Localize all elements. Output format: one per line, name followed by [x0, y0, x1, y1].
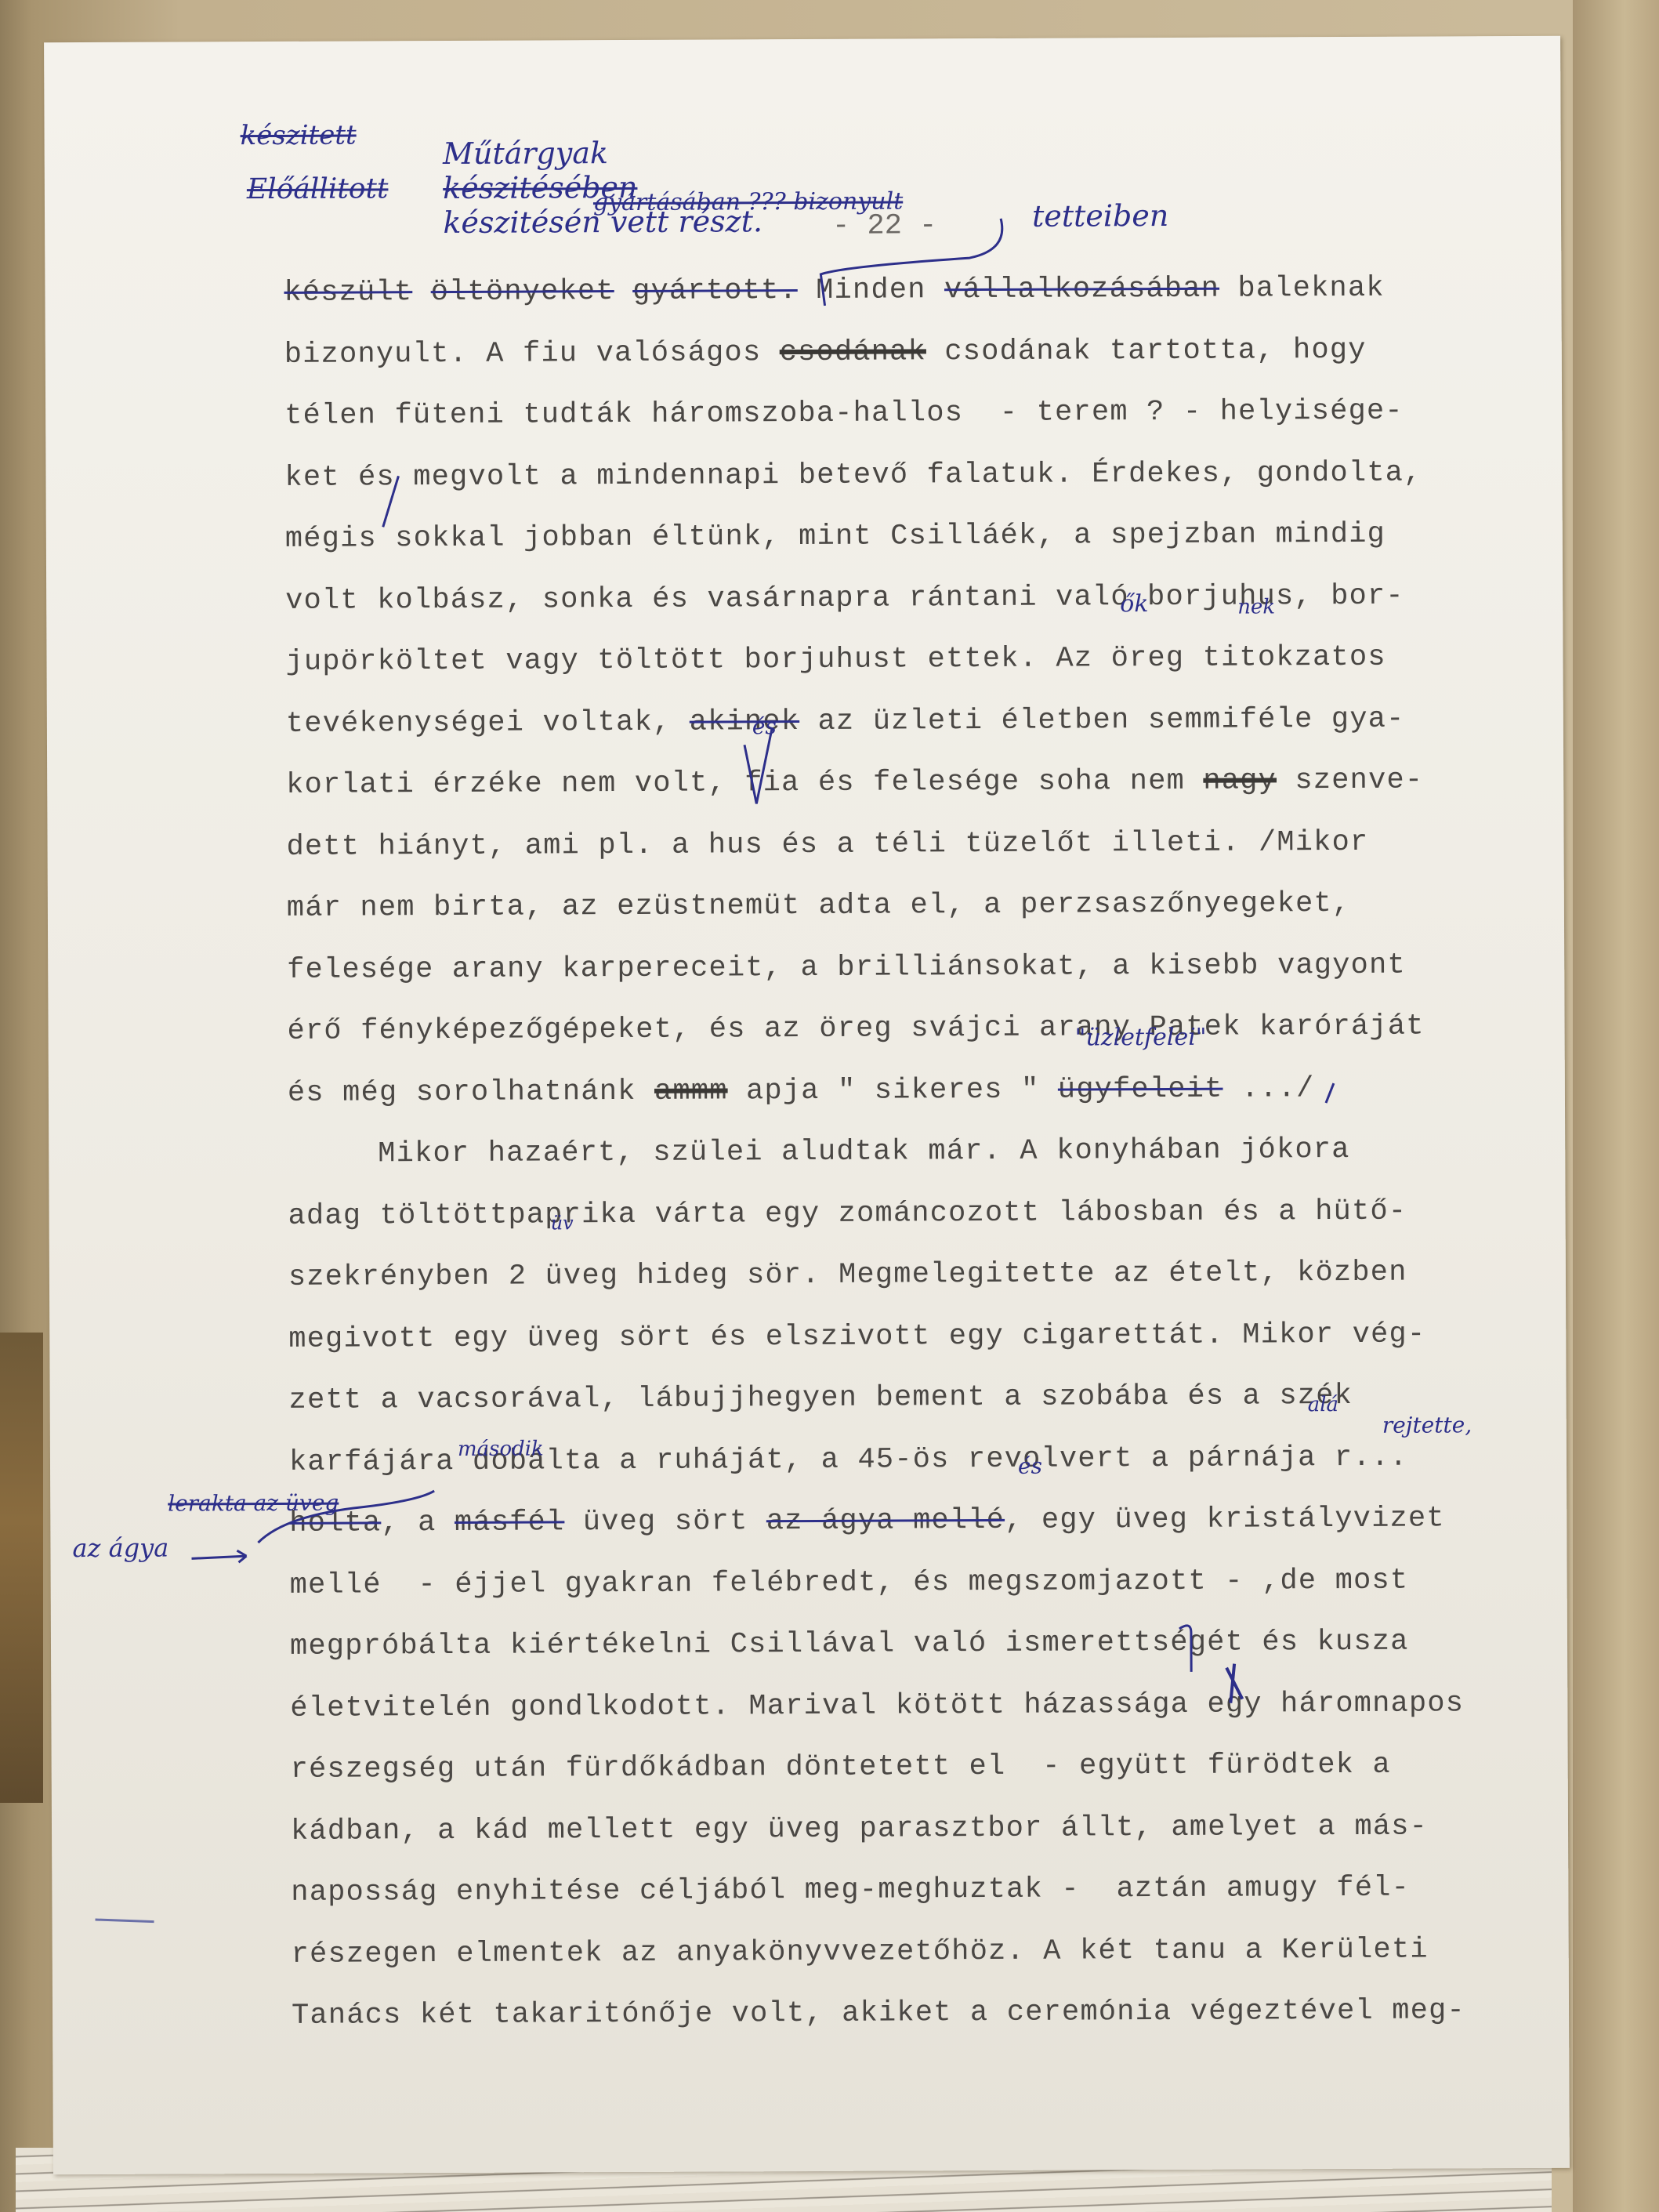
torn-folder-edge — [0, 1333, 43, 1803]
manuscript-page: készitett Műtárgyak készitésében készité… — [44, 36, 1570, 2174]
ink-marks — [44, 36, 1570, 2174]
folder-right-edge — [1573, 0, 1659, 2212]
